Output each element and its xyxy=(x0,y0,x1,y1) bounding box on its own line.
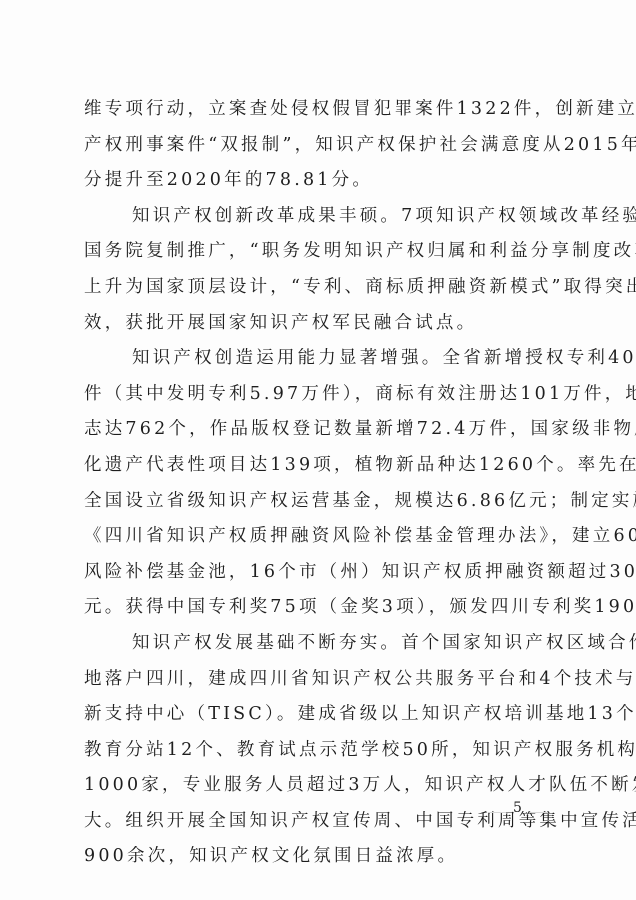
text-line: 维专项行动，立案查处侵权假冒犯罪案件1322件，创新建立知识 xyxy=(84,92,576,128)
text-line: 900余次，知识产权文化氛围日益浓厚。 xyxy=(84,839,576,875)
text-line: 分提升至2020年的78.81分。 xyxy=(84,163,576,199)
text-line: 国务院复制推广，“职务发明知识产权归属和利益分享制度改革” xyxy=(84,234,576,270)
text-line: 产权刑事案件“双报制”，知识产权保护社会满意度从2015年的65 xyxy=(84,128,576,164)
document-page: 维专项行动，立案查处侵权假冒犯罪案件1322件，创新建立知识产权刑事案件“双报制… xyxy=(0,0,636,900)
text-line: 化遗产代表性项目达139项，植物新品种达1260个。率先在 xyxy=(84,448,576,484)
page-number-dash-left xyxy=(488,812,506,813)
text-line: 知识产权发展基础不断夯实。首个国家知识产权区域合作基 xyxy=(84,626,576,662)
text-line: 1000家，专业服务人员超过3万人，知识产权人才队伍不断发展壮 xyxy=(84,768,576,804)
text-line: 上升为国家顶层设计，“专利、商标质押融资新模式”取得突出成 xyxy=(84,270,576,306)
text-line: 教育分站12个、教育试点示范学校50所，知识产权服务机构超过 xyxy=(84,733,576,769)
text-line: 大。组织开展全国知识产权宣传周、中国专利周等集中宣传活动 xyxy=(84,804,576,840)
text-line: 地落户四川，建成四川省知识产权公共服务平台和4个技术与创 xyxy=(84,662,576,698)
text-line: 效，获批开展国家知识产权军民融合试点。 xyxy=(84,306,576,342)
text-line: 元。获得中国专利奖75项（金奖3项），颁发四川专利奖190项。 xyxy=(84,590,576,626)
text-line: 全国设立省级知识产权运营基金，规模达6.86亿元；制定实施 xyxy=(84,484,576,520)
page-number: 5 xyxy=(513,800,522,816)
text-line: 《四川省知识产权质押融资风险补偿基金管理办法》，建立60亿元 xyxy=(84,519,576,555)
body-text: 维专项行动，立案查处侵权假冒犯罪案件1322件，创新建立知识产权刑事案件“双报制… xyxy=(84,92,576,875)
text-line: 知识产权创新改革成果丰硕。7项知识产权领域改革经验被 xyxy=(84,199,576,235)
text-line: 件（其中发明专利5.97万件），商标有效注册达101万件，地理标 xyxy=(84,377,576,413)
page-number-dash-right xyxy=(530,812,548,813)
text-line: 新支持中心（TISC）。建成省级以上知识产权培训基地13个、远程 xyxy=(84,697,576,733)
text-line: 风险补偿基金池，16个市（州）知识产权质押融资额超过300亿 xyxy=(84,555,576,591)
text-line: 志达762个，作品版权登记数量新增72.4万件，国家级非物质文 xyxy=(84,412,576,448)
text-line: 知识产权创造运用能力显著增强。全省新增授权专利40万 xyxy=(84,341,576,377)
